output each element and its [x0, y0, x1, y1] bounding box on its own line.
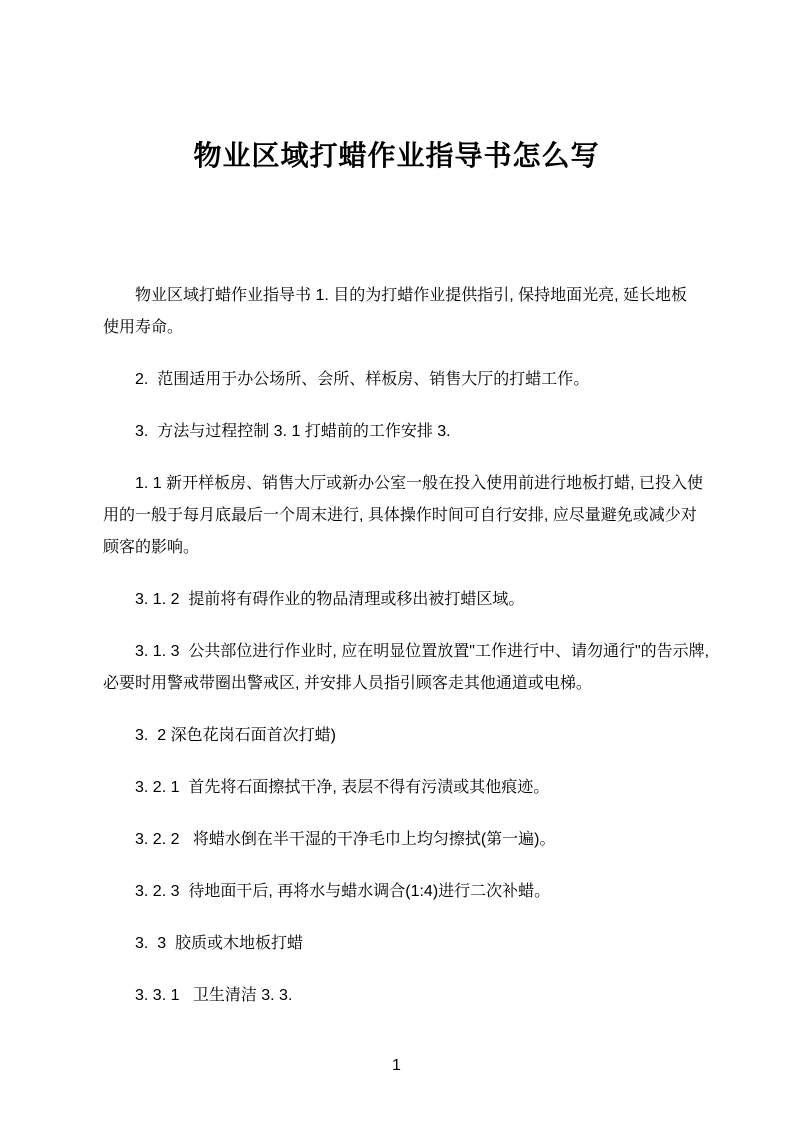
page-title: 物业区域打蜡作业指导书怎么写: [0, 0, 793, 172]
paragraph: 3. 1. 3 公共部位进行作业时, 应在明显位置放置"工作进行中、请勿通行"的…: [103, 636, 745, 700]
paragraph: 3. 2. 2 将蜡水倒在半干湿的干净毛巾上均匀擦拭(第一遍)。: [103, 824, 745, 856]
paragraph: 3. 方法与过程控制 3. 1 打蜡前的工作安排 3.: [103, 416, 745, 448]
paragraph: 物业区域打蜡作业指导书 1. 目的为打蜡作业提供指引, 保持地面光亮, 延长地板…: [103, 280, 745, 344]
document-page: 物业区域打蜡作业指导书怎么写 物业区域打蜡作业指导书 1. 目的为打蜡作业提供指…: [0, 0, 793, 1122]
paragraph: 2. 范围适用于办公场所、会所、样板房、销售大厅的打蜡工作。: [103, 364, 745, 396]
document-body: 物业区域打蜡作业指导书 1. 目的为打蜡作业提供指引, 保持地面光亮, 延长地板…: [103, 280, 745, 1012]
paragraph: 3. 3. 1 卫生清洁 3. 3.: [103, 980, 745, 1012]
paragraph: 3. 2. 3 待地面干后, 再将水与蜡水调合(1:4)进行二次补蜡。: [103, 876, 745, 908]
paragraph: 3. 3 胶质或木地板打蜡: [103, 928, 745, 960]
page-number: 1: [0, 1056, 793, 1076]
paragraph: 1. 1 新开样板房、销售大厅或新办公室一般在投入使用前进行地板打蜡, 已投入使…: [103, 468, 745, 564]
paragraph: 3. 2. 1 首先将石面擦拭干净, 表层不得有污渍或其他痕迹。: [103, 772, 745, 804]
paragraph: 3. 1. 2 提前将有碍作业的物品清理或移出被打蜡区域。: [103, 584, 745, 616]
paragraph: 3. 2 深色花岗石面首次打蜡): [103, 720, 745, 752]
